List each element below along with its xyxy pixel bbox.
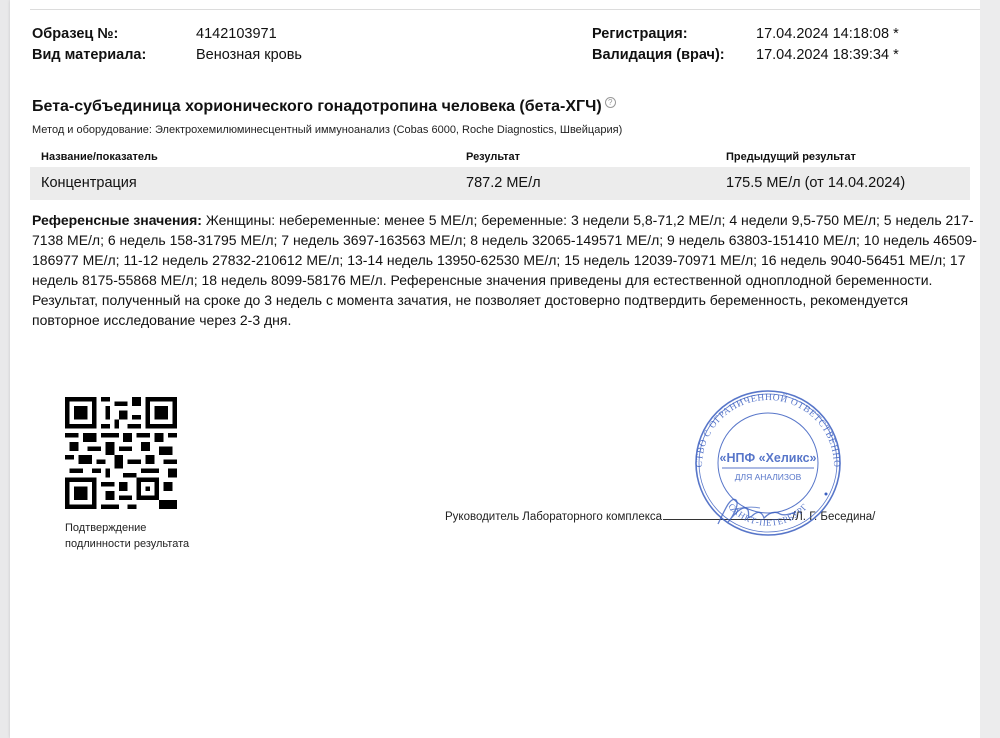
sample-number-label: Образец №: [32, 26, 118, 42]
reference-label: Референсные значения: [32, 212, 202, 228]
validation-label: Валидация (врач): [592, 47, 725, 63]
qr-code[interactable] [65, 397, 177, 509]
registration-value: 17.04.2024 14:18:08 * [756, 26, 899, 42]
qr-caption-line1: Подтверждение [65, 520, 189, 536]
validation-value: 17.04.2024 18:39:34 * [756, 47, 899, 63]
viewer-right-margin [980, 0, 1000, 738]
test-title-text: Бета-субъединица хорионического гонадотр… [32, 98, 602, 115]
top-divider [30, 9, 980, 10]
reference-values: Референсные значения: Женщины: неберемен… [32, 210, 977, 330]
sample-number-value: 4142103971 [196, 26, 277, 42]
row-previous-result: 175.5 МЕ/л (от 14.04.2024) [726, 175, 905, 191]
qr-caption-line2: подлинности результата [65, 536, 189, 552]
material-label: Вид материала: [32, 47, 146, 63]
method-text: Метод и оборудование: Электрохемилюминес… [32, 124, 622, 136]
row-name: Концентрация [41, 175, 137, 191]
help-icon[interactable]: ? [605, 97, 616, 108]
signature-scribble [710, 490, 800, 530]
stamp-center-line1: «НПФ «Хеликс» [720, 451, 817, 465]
stamp-center-line2: ДЛЯ АНАЛИЗОВ [735, 472, 802, 482]
material-value: Венозная кровь [196, 47, 302, 63]
signature-role: Руководитель Лабораторного комплекса [445, 511, 662, 523]
row-result: 787.2 МЕ/л [466, 175, 541, 191]
reference-text: Женщины: небеременные: менее 5 МЕ/л; бер… [32, 212, 977, 328]
column-header-name: Название/показатель [41, 151, 158, 163]
registration-label: Регистрация: [592, 26, 688, 42]
test-title: Бета-субъединица хорионического гонадотр… [32, 97, 616, 116]
column-header-previous: Предыдущий результат [726, 151, 856, 163]
column-header-result: Результат [466, 151, 520, 163]
qr-caption: Подтверждение подлинности результата [65, 520, 189, 552]
document-page: Образец №: 4142103971 Вид материала: Вен… [10, 0, 980, 738]
